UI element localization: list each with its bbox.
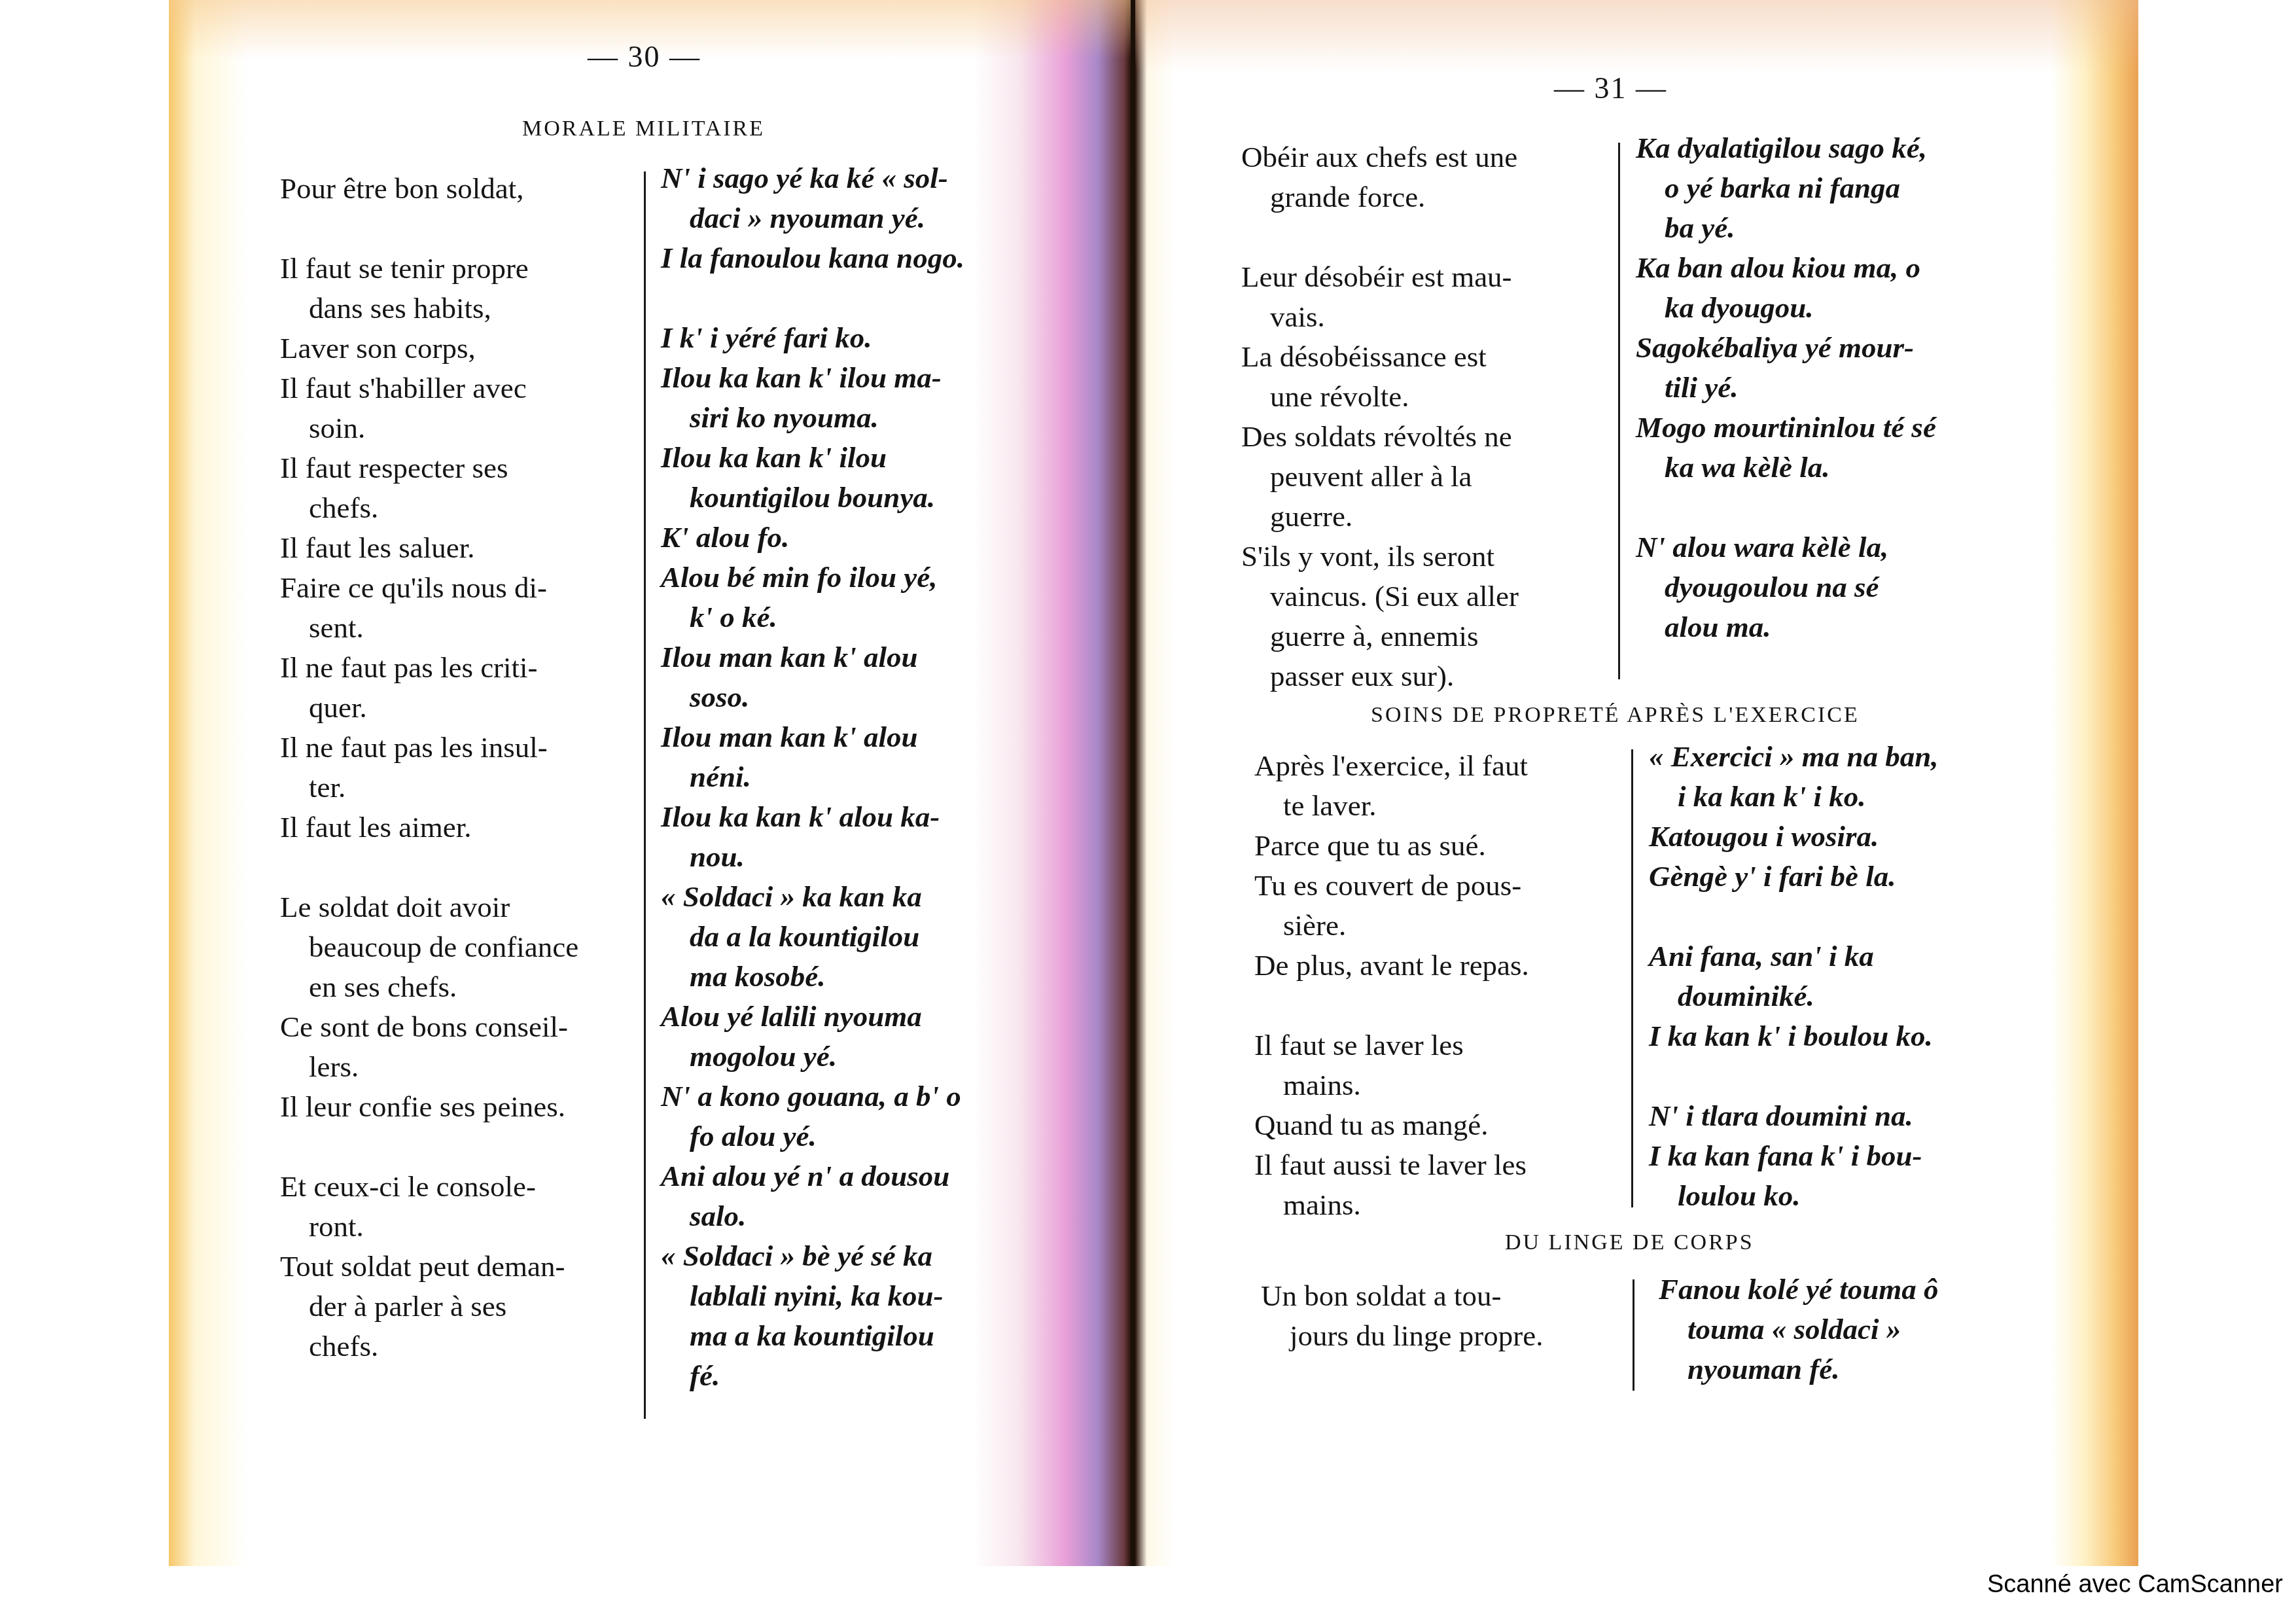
- bambara-sentence: N' a kono gouana, a b' ofo alou yé.: [661, 1077, 1001, 1156]
- paragraph-gap: [661, 278, 1001, 318]
- french-sentence: Faire ce qu'ils nous di-sent.: [280, 568, 620, 648]
- text-line: Pour être bon soldat,: [280, 169, 620, 209]
- bambara-sentence: N' i sago yé ka ké « sol-daci » nyouman …: [661, 158, 1001, 238]
- french-sentence: Après l'exercice, il fautte laver.: [1254, 746, 1595, 826]
- text-line: Après l'exercice, il faut: [1254, 746, 1595, 786]
- bambara-sentence: Mogo mourtininlou té séka wa kèlè la.: [1636, 408, 2002, 488]
- text-line: Ilou man kan k' alou: [661, 717, 1001, 757]
- text-line: Il faut se laver les: [1254, 1026, 1595, 1065]
- paragraph-gap: [1649, 1056, 2015, 1096]
- text-line: chefs.: [280, 488, 620, 528]
- text-line: Fanou kolé yé touma ô: [1659, 1270, 2025, 1310]
- text-line: kountigilou bounya.: [661, 478, 1001, 518]
- paragraph-gap: [1649, 897, 2015, 936]
- text-line: Ilou man kan k' alou: [661, 637, 1001, 677]
- text-line: touma « soldaci »: [1659, 1310, 2025, 1349]
- text-line: Laver son corps,: [280, 329, 620, 368]
- text-line: quer.: [280, 688, 620, 728]
- column-divider-right-1: [1618, 143, 1620, 679]
- text-line: Il faut les saluer.: [280, 528, 620, 568]
- text-line: grande force.: [1241, 177, 1581, 217]
- text-line: ront.: [280, 1207, 620, 1247]
- text-line: fé.: [661, 1356, 1001, 1396]
- text-line: daci » nyouman yé.: [661, 198, 1001, 238]
- paragraph-gap: [280, 1127, 620, 1167]
- french-sentence: Le soldat doit avoirbeaucoup de confianc…: [280, 887, 620, 1007]
- french-sentence: Il ne faut pas les criti-quer.: [280, 648, 620, 728]
- paragraph-gap: [280, 847, 620, 887]
- bambara-sentence: I la fanoulou kana nogo.: [661, 238, 1001, 278]
- text-line: Ani fana, san' i ka: [1649, 936, 2015, 976]
- paragraph-gap: [1636, 488, 2002, 527]
- text-line: Leur désobéir est mau-: [1241, 257, 1581, 297]
- text-line: Alou bé min fo ilou yé,: [661, 558, 1001, 597]
- text-line: alou ma.: [1636, 607, 2002, 647]
- text-line: nyouman fé.: [1659, 1349, 2025, 1389]
- text-line: Alou yé lalili nyouma: [661, 997, 1001, 1037]
- text-line: « Soldaci » ka kan ka: [661, 877, 1001, 917]
- text-line: Ilou ka kan k' ilou: [661, 438, 1001, 478]
- text-line: Obéir aux chefs est une: [1241, 137, 1581, 177]
- french-sentence: Tout soldat peut deman-der à parler à se…: [280, 1247, 620, 1366]
- text-line: ma kosobé.: [661, 957, 1001, 997]
- text-line: Ilou ka kan k' alou ka-: [661, 797, 1001, 837]
- text-line: Gèngè y' i fari bè la.: [1649, 857, 2015, 897]
- text-line: La désobéissance est: [1241, 337, 1581, 377]
- text-line: salo.: [661, 1196, 1001, 1236]
- text-line: k' o ké.: [661, 597, 1001, 637]
- right-page-block2-bambara: « Exercici » ma na ban,i ka kan k' i ko.…: [1649, 737, 2015, 1216]
- french-sentence: Il ne faut pas les insul-ter.: [280, 728, 620, 808]
- text-line: jours du linge propre.: [1261, 1316, 1601, 1356]
- text-line: douminiké.: [1649, 976, 2015, 1016]
- text-line: N' i tlara doumini na.: [1649, 1096, 2015, 1136]
- text-line: Le soldat doit avoir: [280, 887, 620, 927]
- french-sentence: Il faut les saluer.: [280, 528, 620, 568]
- french-sentence: Parce que tu as sué.: [1254, 826, 1595, 866]
- right-page-block3-french: Un bon soldat a tou-jours du linge propr…: [1261, 1276, 1601, 1356]
- text-line: S'ils y vont, ils seront: [1241, 537, 1581, 577]
- right-page: — 31 — Obéir aux chefs est unegrande for…: [1135, 0, 2138, 1566]
- text-line: vais.: [1241, 297, 1581, 337]
- text-line: Katougou i wosira.: [1649, 817, 2015, 857]
- french-sentence: Laver son corps,: [280, 329, 620, 368]
- text-line: der à parler à ses: [280, 1287, 620, 1327]
- text-line: Il leur confie ses peines.: [280, 1087, 620, 1127]
- text-line: en ses chefs.: [280, 967, 620, 1007]
- text-line: I ka kan k' i boulou ko.: [1649, 1016, 2015, 1056]
- text-line: Il faut s'habiller avec: [280, 368, 620, 408]
- text-line: sent.: [280, 608, 620, 648]
- text-line: Quand tu as mangé.: [1254, 1105, 1595, 1145]
- text-line: sière.: [1254, 906, 1595, 946]
- text-line: te laver.: [1254, 786, 1595, 826]
- column-divider-right-2: [1631, 749, 1633, 1207]
- bambara-sentence: N' i tlara doumini na.: [1649, 1096, 2015, 1136]
- section-title-soins-proprete: Soins de propreté après l'exercice: [1371, 703, 1860, 728]
- french-sentence: Leur désobéir est mau-vais.: [1241, 257, 1581, 337]
- bambara-sentence: I ka kan fana k' i bou-loulou ko.: [1649, 1136, 2015, 1216]
- text-line: ma a ka kountigilou: [661, 1316, 1001, 1356]
- bambara-sentence: « Soldaci » ka kan kada a la kountigilou…: [661, 877, 1001, 997]
- text-line: Ani alou yé n' a dousou: [661, 1156, 1001, 1196]
- text-line: guerre.: [1241, 497, 1581, 537]
- page-number-left: — 30 —: [588, 39, 701, 74]
- right-page-block3-bambara: Fanou kolé yé touma ôtouma « soldaci »ny…: [1659, 1270, 2025, 1389]
- text-line: Il faut aussi te laver les: [1254, 1145, 1595, 1185]
- text-line: « Exercici » ma na ban,: [1649, 737, 2015, 777]
- text-line: Il faut se tenir propre: [280, 249, 620, 289]
- text-line: tili yé.: [1636, 368, 2002, 408]
- bambara-sentence: « Exercici » ma na ban,i ka kan k' i ko.: [1649, 737, 2015, 817]
- text-line: De plus, avant le repas.: [1254, 946, 1595, 986]
- text-line: Des soldats révoltés ne: [1241, 417, 1581, 457]
- text-line: Faire ce qu'ils nous di-: [280, 568, 620, 608]
- bambara-sentence: Fanou kolé yé touma ôtouma « soldaci »ny…: [1659, 1270, 2025, 1389]
- text-line: lers.: [280, 1047, 620, 1087]
- french-sentence: La désobéissance estune révolte.: [1241, 337, 1581, 417]
- camscanner-watermark: Scanné avec CamScanner: [1987, 1571, 2283, 1599]
- text-line: o yé barka ni fanga: [1636, 168, 2002, 208]
- text-line: loulou ko.: [1649, 1176, 2015, 1216]
- text-line: soso.: [661, 677, 1001, 717]
- text-line: nou.: [661, 837, 1001, 877]
- french-sentence: Il faut se laver lesmains.: [1254, 1026, 1595, 1105]
- text-line: Sagokébaliya yé mour-: [1636, 328, 2002, 368]
- text-line: une révolte.: [1241, 377, 1581, 417]
- text-line: peuvent aller à la: [1241, 457, 1581, 497]
- text-line: néni.: [661, 757, 1001, 797]
- text-line: I la fanoulou kana nogo.: [661, 238, 1001, 278]
- bambara-sentence: Ani fana, san' i kadouminiké.: [1649, 936, 2015, 1016]
- section-title-morale-militaire: Morale militaire: [522, 116, 765, 141]
- text-line: dans ses habits,: [280, 289, 620, 329]
- bambara-sentence: Alou yé lalili nyoumamogolou yé.: [661, 997, 1001, 1077]
- left-page: — 30 — Morale militaire Pour être bon so…: [169, 0, 1131, 1566]
- french-sentence: Ce sont de bons conseil-lers.: [280, 1007, 620, 1087]
- text-line: Tu es couvert de pous-: [1254, 866, 1595, 906]
- french-sentence: Des soldats révoltés nepeuvent aller à l…: [1241, 417, 1581, 537]
- text-line: beaucoup de confiance: [280, 927, 620, 967]
- french-sentence: Il faut respecter seschefs.: [280, 448, 620, 528]
- text-line: i ka kan k' i ko.: [1649, 777, 2015, 817]
- text-line: soin.: [280, 408, 620, 448]
- text-line: Ce sont de bons conseil-: [280, 1007, 620, 1047]
- left-page-french-column: Pour être bon soldat,Il faut se tenir pr…: [280, 169, 620, 1366]
- text-line: ka dyougou.: [1636, 288, 2002, 328]
- bambara-sentence: K' alou fo.: [661, 518, 1001, 558]
- french-sentence: Il leur confie ses peines.: [280, 1087, 620, 1127]
- bambara-sentence: Ilou man kan k' alousoso.: [661, 637, 1001, 717]
- text-line: Mogo mourtininlou té sé: [1636, 408, 2002, 448]
- text-line: Il faut les aimer.: [280, 808, 620, 847]
- french-sentence: Tu es couvert de pous-sière.: [1254, 866, 1595, 946]
- bambara-sentence: Ka ban alou kiou ma, oka dyougou.: [1636, 248, 2002, 328]
- text-line: Ka dyalatigilou sago ké,: [1636, 128, 2002, 168]
- bambara-sentence: Ilou ka kan k' iloukountigilou bounya.: [661, 438, 1001, 518]
- french-sentence: De plus, avant le repas.: [1254, 946, 1595, 986]
- text-line: ba yé.: [1636, 208, 2002, 248]
- bambara-sentence: « Soldaci » bè yé sé kalablali nyini, ka…: [661, 1236, 1001, 1396]
- bambara-sentence: Ani alou yé n' a dousousalo.: [661, 1156, 1001, 1236]
- right-page-block2-french: Après l'exercice, il fautte laver.Parce …: [1254, 746, 1595, 1225]
- text-line: vaincus. (Si eux aller: [1241, 577, 1581, 616]
- column-divider-left: [644, 171, 646, 1419]
- french-sentence: Un bon soldat a tou-jours du linge propr…: [1261, 1276, 1601, 1356]
- text-line: mains.: [1254, 1185, 1595, 1225]
- text-line: ter.: [280, 768, 620, 808]
- right-page-block1-bambara: Ka dyalatigilou sago ké,o yé barka ni fa…: [1636, 128, 2002, 647]
- text-line: passer eux sur).: [1241, 656, 1581, 696]
- french-sentence: Il faut les aimer.: [280, 808, 620, 847]
- french-sentence: Il faut aussi te laver lesmains.: [1254, 1145, 1595, 1225]
- bambara-sentence: Ilou ka kan k' ilou ma-siri ko nyouma.: [661, 358, 1001, 438]
- french-sentence: Il faut se tenir propredans ses habits,: [280, 249, 620, 329]
- column-divider-right-3: [1633, 1279, 1634, 1391]
- text-line: Parce que tu as sué.: [1254, 826, 1595, 866]
- text-line: Il ne faut pas les insul-: [280, 728, 620, 768]
- text-line: N' i sago yé ka ké « sol-: [661, 158, 1001, 198]
- text-line: guerre à, ennemis: [1241, 616, 1581, 656]
- text-line: mogolou yé.: [661, 1037, 1001, 1077]
- french-sentence: Pour être bon soldat,: [280, 169, 620, 209]
- text-line: I ka kan fana k' i bou-: [1649, 1136, 2015, 1176]
- bambara-sentence: Ilou man kan k' alounéni.: [661, 717, 1001, 797]
- french-sentence: Il faut s'habiller avecsoin.: [280, 368, 620, 448]
- text-line: Tout soldat peut deman-: [280, 1247, 620, 1287]
- bambara-sentence: Sagokébaliya yé mour-tili yé.: [1636, 328, 2002, 408]
- text-line: Ka ban alou kiou ma, o: [1636, 248, 2002, 288]
- text-line: lablali nyini, ka kou-: [661, 1276, 1001, 1316]
- text-line: Il ne faut pas les criti-: [280, 648, 620, 688]
- text-line: Et ceux-ci le console-: [280, 1167, 620, 1207]
- french-sentence: Et ceux-ci le console-ront.: [280, 1167, 620, 1247]
- text-line: mains.: [1254, 1065, 1595, 1105]
- text-line: Ilou ka kan k' ilou ma-: [661, 358, 1001, 398]
- text-line: I k' i yéré fari ko.: [661, 318, 1001, 358]
- paragraph-gap: [1254, 986, 1595, 1026]
- french-sentence: S'ils y vont, ils serontvaincus. (Si eux…: [1241, 537, 1581, 696]
- text-line: siri ko nyouma.: [661, 398, 1001, 438]
- bambara-sentence: Ka dyalatigilou sago ké,o yé barka ni fa…: [1636, 128, 2002, 248]
- bambara-sentence: I k' i yéré fari ko.: [661, 318, 1001, 358]
- left-page-bambara-column: N' i sago yé ka ké « sol-daci » nyouman …: [661, 158, 1001, 1396]
- text-line: Un bon soldat a tou-: [1261, 1276, 1601, 1316]
- bambara-sentence: I ka kan k' i boulou ko.: [1649, 1016, 2015, 1056]
- bambara-sentence: Gèngè y' i fari bè la.: [1649, 857, 2015, 897]
- text-line: chefs.: [280, 1327, 620, 1366]
- paragraph-gap: [1241, 217, 1581, 257]
- text-line: dyougoulou na sé: [1636, 567, 2002, 607]
- french-sentence: Quand tu as mangé.: [1254, 1105, 1595, 1145]
- bambara-sentence: Katougou i wosira.: [1649, 817, 2015, 857]
- text-line: da a la kountigilou: [661, 917, 1001, 957]
- bambara-sentence: Alou bé min fo ilou yé,k' o ké.: [661, 558, 1001, 637]
- text-line: K' alou fo.: [661, 518, 1001, 558]
- right-page-block1-french: Obéir aux chefs est unegrande force.Leur…: [1241, 137, 1581, 696]
- text-line: N' alou wara kèlè la,: [1636, 527, 2002, 567]
- french-sentence: Obéir aux chefs est unegrande force.: [1241, 137, 1581, 217]
- text-line: N' a kono gouana, a b' o: [661, 1077, 1001, 1116]
- page-number-right: — 31 —: [1554, 71, 1667, 105]
- bambara-sentence: N' alou wara kèlè la,dyougoulou na séalo…: [1636, 527, 2002, 647]
- section-title-linge-de-corps: Du linge de corps: [1505, 1230, 1754, 1255]
- text-line: ka wa kèlè la.: [1636, 448, 2002, 488]
- text-line: Il faut respecter ses: [280, 448, 620, 488]
- bambara-sentence: Ilou ka kan k' alou ka-nou.: [661, 797, 1001, 877]
- paragraph-gap: [280, 209, 620, 249]
- text-line: fo alou yé.: [661, 1116, 1001, 1156]
- text-line: « Soldaci » bè yé sé ka: [661, 1236, 1001, 1276]
